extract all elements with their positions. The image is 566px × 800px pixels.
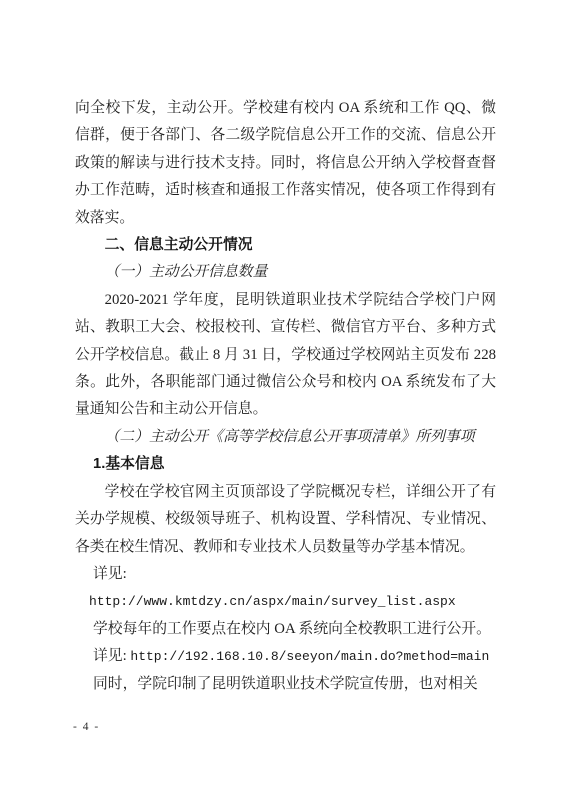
oa-url-text: http://192.168.10.8/seeyon/main.do?metho… bbox=[130, 649, 489, 664]
paragraph-annual-work: 学校每年的工作要点在校内 OA 系统向全校教职工进行公开。 bbox=[75, 616, 496, 643]
document-body: 向全校下发，主动公开。学校建有校内 OA 系统和工作 QQ、微信群，便于各部门、… bbox=[75, 95, 496, 698]
paragraph-open-counts: 2020-2021 学年度，昆明铁道职业技术学院结合学校门户网站、教职工大会、校… bbox=[75, 287, 496, 424]
subsection-heading-2: （二）主动公开《高等学校信息公开事项清单》所列事项 bbox=[75, 424, 496, 451]
oa-see-label: 详见: bbox=[93, 648, 130, 664]
see-also-label: 详见: bbox=[75, 561, 496, 588]
paragraph-continuation: 向全校下发，主动公开。学校建有校内 OA 系统和工作 QQ、微信群，便于各部门、… bbox=[75, 95, 496, 232]
item-heading-basic-info: 1.基本信息 bbox=[75, 451, 496, 478]
survey-url-text: http://www.kmtdzy.cn/aspx/main/survey_li… bbox=[75, 588, 496, 615]
paragraph-basic-info: 学校在学校官网主页顶部设了学院概况专栏，详细公开了有关办学规模、校级领导班子、机… bbox=[75, 479, 496, 561]
paragraph-brochure: 同时，学院印制了昆明铁道职业技术学院宣传册，也对相关 bbox=[75, 671, 496, 698]
subsection-heading-1: （一）主动公开信息数量 bbox=[75, 259, 496, 286]
see-also-oa-line: 详见: http://192.168.10.8/seeyon/main.do?m… bbox=[75, 643, 496, 670]
document-page: 向全校下发，主动公开。学校建有校内 OA 系统和工作 QQ、微信群，便于各部门、… bbox=[0, 0, 566, 800]
section-heading: 二、信息主动公开情况 bbox=[75, 232, 496, 259]
page-number: - 4 - bbox=[73, 721, 100, 733]
